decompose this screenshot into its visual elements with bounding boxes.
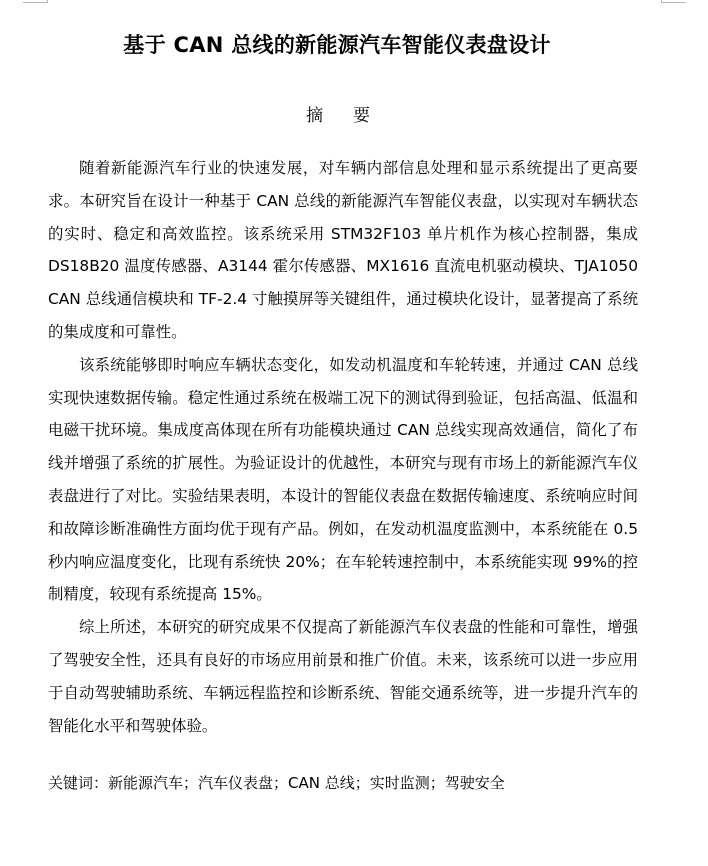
abstract-heading-char-2: 要: [353, 101, 370, 126]
abstract-heading-char-1: 摘: [306, 101, 323, 126]
page-corner-mark-left: [23, 0, 48, 3]
abstract-paragraph-2: 该系统能够即时响应车辆状态变化，如发动机温度和车轮转速，并通过 CAN 总线实现…: [48, 349, 638, 611]
abstract-heading: 摘要: [0, 101, 676, 126]
abstract-paragraph-1: 随着新能源汽车行业的快速发展，对车辆内部信息处理和显示系统提出了更高要求。本研究…: [48, 152, 638, 349]
abstract-body: 随着新能源汽车行业的快速发展，对车辆内部信息处理和显示系统提出了更高要求。本研究…: [48, 152, 638, 742]
page-corner-mark-right: [661, 0, 686, 3]
document-title: 基于 CAN 总线的新能源汽车智能仪表盘设计: [0, 29, 674, 59]
keywords-line: 关键词：新能源汽车；汽车仪表盘；CAN 总线；实时监测；驾驶安全: [48, 772, 505, 793]
abstract-paragraph-3: 综上所述，本研究的研究成果不仅提高了新能源汽车仪表盘的性能和可靠性，增强了驾驶安…: [48, 611, 638, 742]
